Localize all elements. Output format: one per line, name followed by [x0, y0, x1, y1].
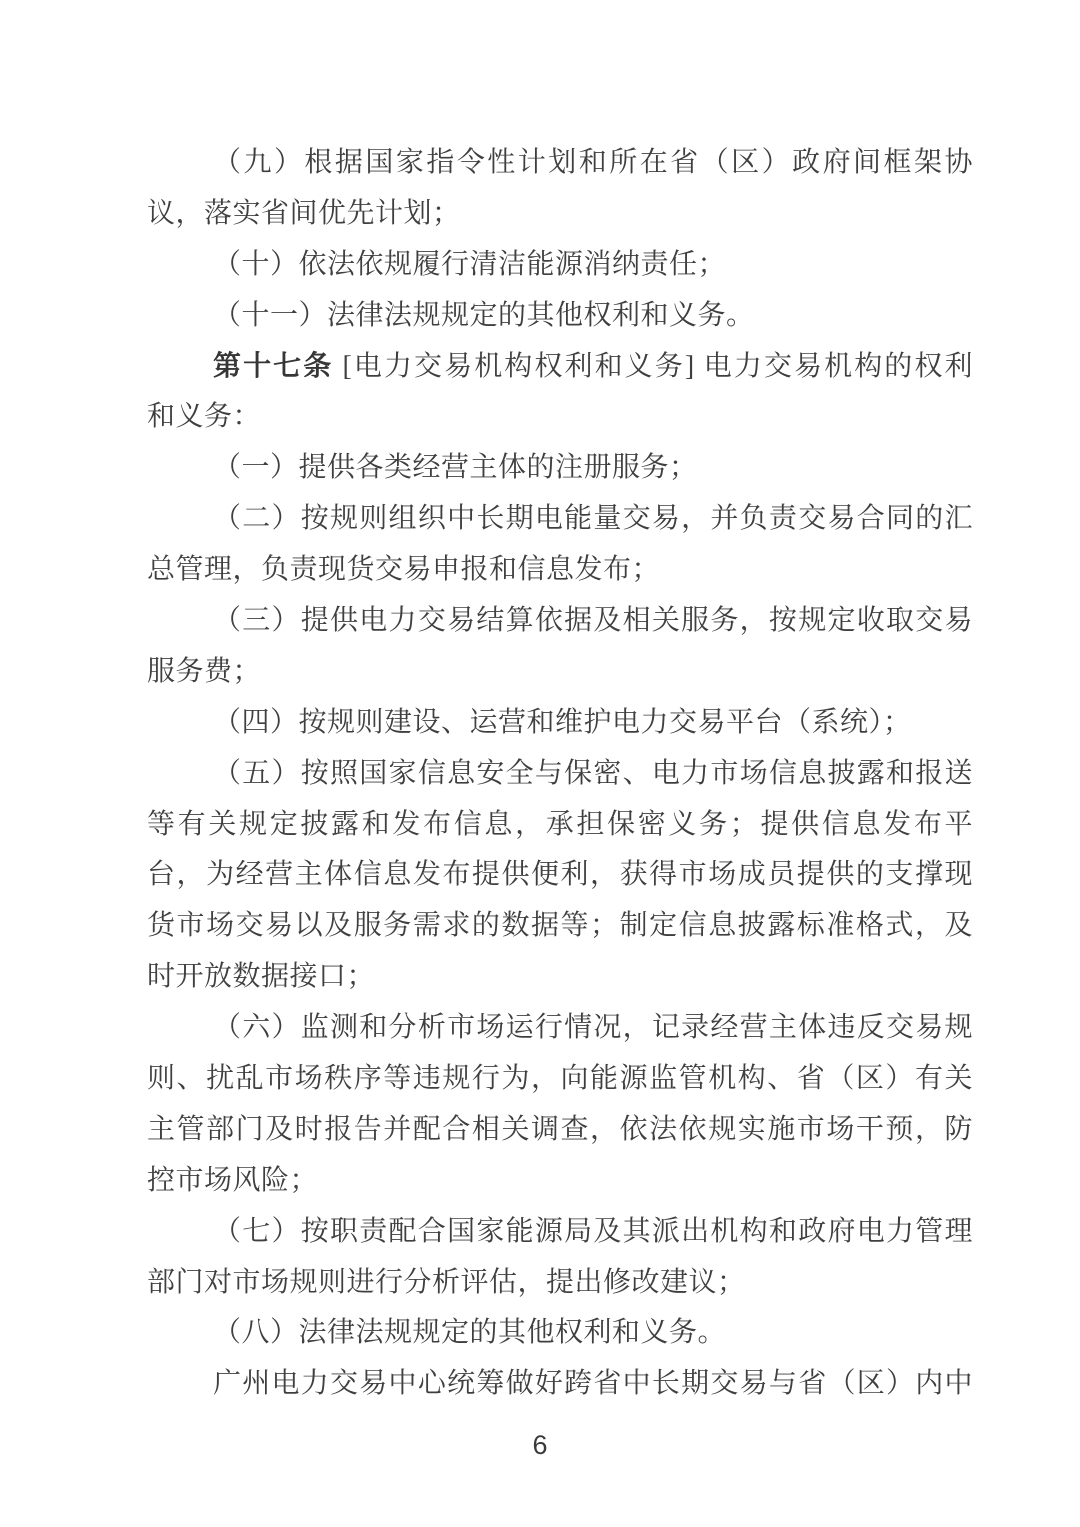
text-line: （七）按职责配合国家能源局及其派出机构和政府电力管理 [147, 1207, 973, 1258]
text-line: 则、扰乱市场秩序等违规行为，向能源监管机构、省（区）有关 [147, 1054, 973, 1105]
line-text: 服务费； [147, 656, 261, 687]
line-text: 则、扰乱市场秩序等违规行为，向能源监管机构、省（区）有关 [147, 1063, 973, 1094]
page-number: 6 [0, 1425, 1080, 1465]
line-text: （四）按规则建设、运营和维护电力交易平台（系统）； [213, 707, 912, 738]
text-line: 服务费； [147, 647, 973, 698]
text-line: 台，为经营主体信息发布提供便利，获得市场成员提供的支撑现 [147, 850, 973, 901]
text-line: （一）提供各类经营主体的注册服务； [147, 443, 973, 494]
line-text: （八）法律法规规定的其他权利和义务。 [213, 1317, 726, 1348]
text-line: （三）提供电力交易结算依据及相关服务，按规定收取交易 [147, 596, 973, 647]
text-line: 控市场风险； [147, 1156, 973, 1207]
text-line: 等有关规定披露和发布信息，承担保密义务；提供信息发布平 [147, 800, 973, 851]
line-text: 等有关规定披露和发布信息，承担保密义务；提供信息发布平 [147, 809, 973, 840]
text-line: 部门对市场规则进行分析评估，提出修改建议； [147, 1258, 973, 1309]
line-text: 总管理，负责现货交易申报和信息发布； [147, 554, 660, 585]
text-line: （五）按照国家信息安全与保密、电力市场信息披露和报送 [147, 749, 973, 800]
text-line: （二）按规则组织中长期电能量交易，并负责交易合同的汇 [147, 494, 973, 545]
text-line: 总管理，负责现货交易申报和信息发布； [147, 545, 973, 596]
line-text: （五）按照国家信息安全与保密、电力市场信息披露和报送 [213, 758, 973, 789]
text-line: 时开放数据接口； [147, 952, 973, 1003]
text-line: （四）按规则建设、运营和维护电力交易平台（系统）； [147, 698, 973, 749]
line-text: （六）监测和分析市场运行情况，记录经营主体违反交易规 [213, 1012, 973, 1043]
line-text: （十一）法律法规规定的其他权利和义务。 [213, 300, 755, 331]
text-line: 货市场交易以及服务需求的数据等；制定信息披露标准格式，及 [147, 901, 973, 952]
line-text: 台，为经营主体信息发布提供便利，获得市场成员提供的支撑现 [147, 859, 973, 890]
text-line: 议，落实省间优先计划； [147, 189, 973, 240]
text-line: 主管部门及时报告并配合相关调查，依法依规实施市场干预，防 [147, 1105, 973, 1156]
text-line: （十一）法律法规规定的其他权利和义务。 [147, 291, 973, 342]
article-number-label: 第十七条 [213, 351, 333, 382]
line-text: 广州电力交易中心统筹做好跨省中长期交易与省（区）内中 [213, 1368, 973, 1399]
text-line: 广州电力交易中心统筹做好跨省中长期交易与省（区）内中 [147, 1359, 973, 1410]
line-text: （一）提供各类经营主体的注册服务； [213, 452, 698, 483]
text-line: （十）依法依规履行清洁能源消纳责任； [147, 240, 973, 291]
line-text: 主管部门及时报告并配合相关调查，依法依规实施市场干预，防 [147, 1114, 973, 1145]
text-line: 第十七条 [电力交易机构权利和义务] 电力交易机构的权利 [147, 342, 973, 393]
line-text: 和义务： [147, 401, 261, 432]
line-text: 时开放数据接口； [147, 961, 375, 992]
text-line: （六）监测和分析市场运行情况，记录经营主体违反交易规 [147, 1003, 973, 1054]
text-block: （九）根据国家指令性计划和所在省（区）政府间框架协议，落实省间优先计划；（十）依… [147, 138, 973, 1410]
line-text: （七）按职责配合国家能源局及其派出机构和政府电力管理 [213, 1216, 973, 1247]
line-text: （九）根据国家指令性计划和所在省（区）政府间框架协 [213, 147, 973, 178]
line-text: 部门对市场规则进行分析评估，提出修改建议； [147, 1267, 746, 1298]
line-text: （二）按规则组织中长期电能量交易，并负责交易合同的汇 [213, 503, 973, 534]
line-text: （三）提供电力交易结算依据及相关服务，按规定收取交易 [213, 605, 973, 636]
text-line: （九）根据国家指令性计划和所在省（区）政府间框架协 [147, 138, 973, 189]
line-text: 货市场交易以及服务需求的数据等；制定信息披露标准格式，及 [147, 910, 973, 941]
line-text: 议，落实省间优先计划； [147, 198, 461, 229]
line-text: 控市场风险； [147, 1165, 318, 1196]
line-text: （十）依法依规履行清洁能源消纳责任； [213, 249, 726, 280]
line-text: [电力交易机构权利和义务] 电力交易机构的权利 [333, 351, 973, 382]
document-page: （九）根据国家指令性计划和所在省（区）政府间框架协议，落实省间优先计划；（十）依… [0, 0, 1080, 1527]
text-line: 和义务： [147, 392, 973, 443]
text-line: （八）法律法规规定的其他权利和义务。 [147, 1308, 973, 1359]
